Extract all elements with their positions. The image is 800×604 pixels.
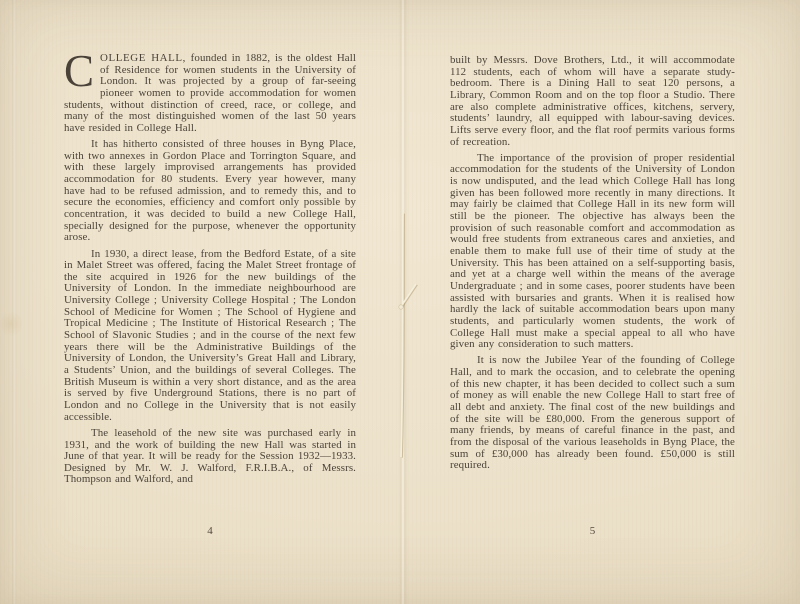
page-number-right: 5 (450, 525, 735, 537)
page-edge-line (12, 0, 15, 604)
paragraph: It is now the Jubilee Year of the foundi… (450, 355, 735, 472)
paragraph: The importance of the provision of prope… (450, 153, 735, 351)
paper-stain (0, 310, 22, 338)
paragraph: The leasehold of the new site was purcha… (64, 428, 356, 486)
lead-caps-text: OLLEGE HALL, (100, 52, 186, 64)
left-page: COLLEGE HALL, founded in 1882, is the ol… (64, 53, 356, 486)
paragraph: built by Messrs. Dove Brothers, Ltd., it… (450, 55, 735, 148)
lead-paragraph-text: founded in 1882, is the oldest Hall of R… (64, 52, 356, 134)
book-spread: COLLEGE HALL, founded in 1882, is the ol… (0, 0, 800, 604)
drop-cap: C (64, 54, 99, 88)
stitch-thread (388, 203, 428, 467)
page-number-left: 4 (64, 525, 356, 537)
right-page: built by Messrs. Dove Brothers, Ltd., it… (450, 55, 735, 472)
opening-paragraph: COLLEGE HALL, founded in 1882, is the ol… (64, 53, 356, 135)
paragraph: It has hitherto consisted of three house… (64, 139, 356, 244)
paragraph: In 1930, a direct lease, from the Bedfor… (64, 249, 356, 424)
